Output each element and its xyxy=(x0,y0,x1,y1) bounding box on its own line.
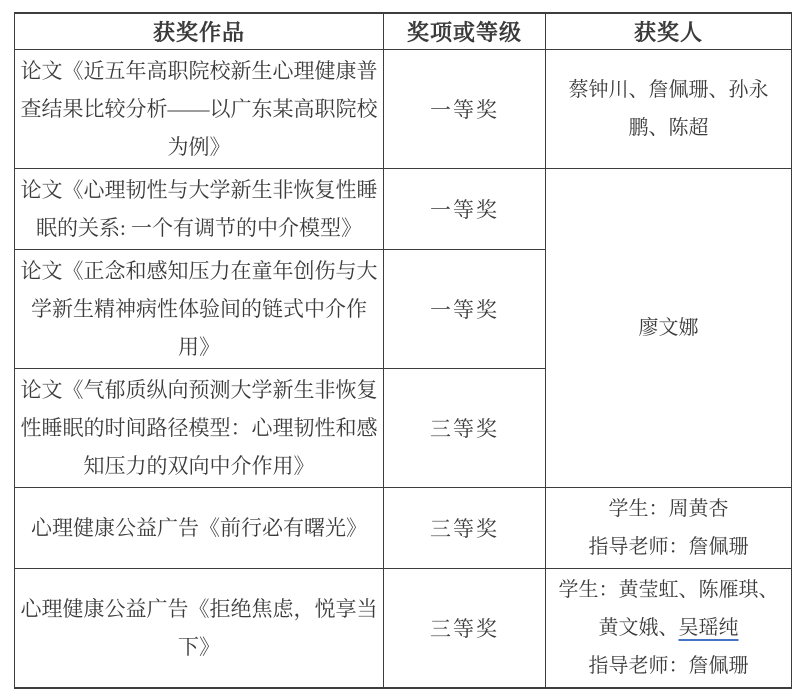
work-cell: 论文《正念和感知压力在童年创伤与大学新生精神病性体验间的链式中介作用》 xyxy=(15,250,384,369)
work-cell: 论文《近五年高职院校新生心理健康普查结果比较分析——以广东某高职院校为例》 xyxy=(15,50,384,169)
award-cell: 一等奖 xyxy=(384,169,546,250)
winner-cell: 学生：周黄杏 指导老师：詹佩珊 xyxy=(546,488,792,569)
winner-students-line: 学生：周黄杏 xyxy=(550,490,787,528)
award-cell: 三等奖 xyxy=(384,369,546,488)
award-cell: 一等奖 xyxy=(384,250,546,369)
work-cell: 论文《心理韧性与大学新生非恢复性睡眠的关系: 一个有调节的中介模型》 xyxy=(15,169,384,250)
work-cell: 心理健康公益广告《前行必有曙光》 xyxy=(15,488,384,569)
header-work: 获奖作品 xyxy=(15,13,384,50)
table-row: 心理健康公益广告《前行必有曙光》 三等奖 学生：周黄杏 指导老师：詹佩珊 xyxy=(15,488,792,569)
award-cell: 三等奖 xyxy=(384,488,546,569)
award-cell: 一等奖 xyxy=(384,50,546,169)
winner-advisor-line: 指导老师：詹佩珊 xyxy=(550,528,787,566)
winner-cell: 蔡钟川、詹佩珊、孙永鹏、陈超 xyxy=(546,50,792,169)
table-row: 论文《心理韧性与大学新生非恢复性睡眠的关系: 一个有调节的中介模型》 一等奖 廖… xyxy=(15,169,792,250)
work-cell: 论文《气郁质纵向预测大学新生非恢复性睡眠的时间路径模型：心理韧性和感知压力的双向… xyxy=(15,369,384,488)
header-row: 获奖作品 奖项或等级 获奖人 xyxy=(15,13,792,50)
award-cell: 三等奖 xyxy=(384,569,546,689)
header-winner: 获奖人 xyxy=(546,13,792,50)
winner-advisor-line: 指导老师：詹佩珊 xyxy=(550,647,787,685)
work-cell: 心理健康公益广告《拒绝焦虑，悦享当下》 xyxy=(15,569,384,689)
document-page: 获奖作品 奖项或等级 获奖人 论文《近五年高职院校新生心理健康普查结果比较分析—… xyxy=(0,0,806,661)
table-row: 心理健康公益广告《拒绝焦虑，悦享当下》 三等奖 学生：黄莹虹、陈雁琪、黄文娥、吴… xyxy=(15,569,792,689)
table-row: 论文《近五年高职院校新生心理健康普查结果比较分析——以广东某高职院校为例》 一等… xyxy=(15,50,792,169)
header-award: 奖项或等级 xyxy=(384,13,546,50)
underlined-winner-name: 吴瑶纯 xyxy=(679,617,739,639)
award-table: 获奖作品 奖项或等级 获奖人 论文《近五年高职院校新生心理健康普查结果比较分析—… xyxy=(14,12,792,689)
winner-cell: 学生：黄莹虹、陈雁琪、黄文娥、吴瑶纯 指导老师：詹佩珊 xyxy=(546,569,792,689)
winner-students-line: 学生：黄莹虹、陈雁琪、黄文娥、吴瑶纯 xyxy=(550,571,787,647)
winner-cell-merged: 廖文娜 xyxy=(546,169,792,488)
winner-students-names: 学生：黄莹虹、陈雁琪、黄文娥、 xyxy=(559,579,779,639)
